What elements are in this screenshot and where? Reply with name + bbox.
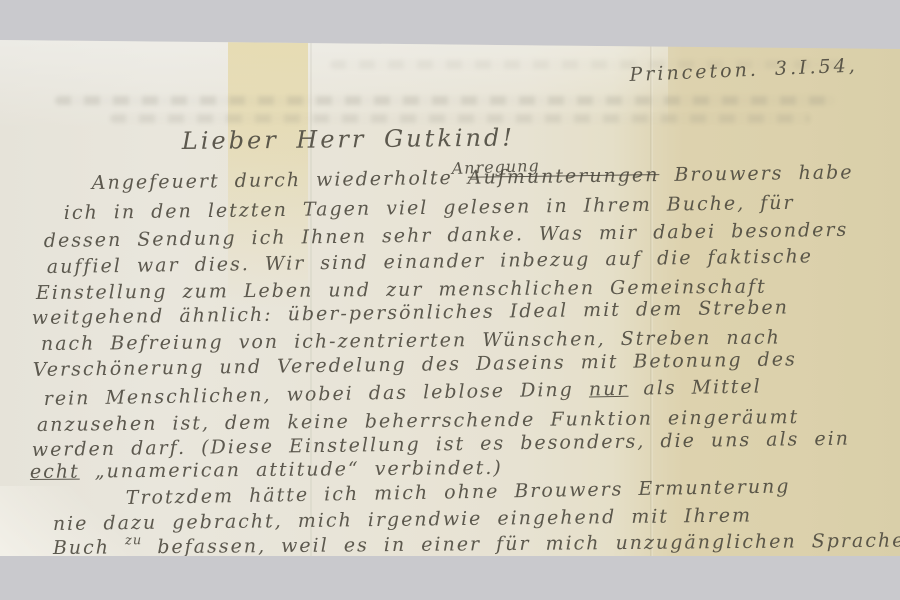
body-line-9-pre: rein Menschlichen, wobei das leblose Din…	[44, 378, 589, 410]
body-line-1-pre: Angefeuert durch wiederholte	[92, 167, 468, 194]
letter-photo: Princeton. 3.I.54, Lieber Herr Gutkind! …	[0, 40, 900, 556]
salutation-line: Lieber Herr Gutkind!	[182, 124, 515, 155]
body-line-9-post: als Mittel	[628, 375, 762, 399]
body-line-2: ich in den letzten Tagen viel gelesen in…	[64, 192, 795, 224]
underlined-word-nur: nur	[589, 378, 629, 401]
inserted-word-zu: zu	[125, 533, 142, 548]
body-line-15: Buch zu befassen, weil es in einer für m…	[53, 530, 900, 556]
date-line: Princeton. 3.I.54,	[629, 54, 858, 86]
body-line-9: rein Menschlichen, wobei das leblose Din…	[44, 375, 762, 410]
body-line-1-post: Brouwers habe	[659, 161, 853, 186]
letter-screenshot: { "colors": { "border_gray": "#c9c9cd", …	[0, 0, 900, 600]
underlined-word-echt: echt	[30, 461, 80, 483]
struck-word: Aufmunterungen	[468, 164, 660, 189]
body-line-15-pre: Buch	[53, 536, 125, 556]
body-line-12-post: „unamerican attitude“ verbindet.)	[80, 457, 503, 483]
body-line-14: nie dazu gebracht, mich irgendwie eingeh…	[53, 504, 753, 535]
handwritten-text: Princeton. 3.I.54, Lieber Herr Gutkind! …	[0, 40, 900, 556]
body-line-15-post: befassen, weil es in einer für mich unzu…	[142, 530, 900, 556]
body-line-12: echt „unamerican attitude“ verbindet.)	[30, 457, 503, 483]
body-line-1: Angefeuert durch wiederholte Aufmunterun…	[92, 161, 854, 194]
